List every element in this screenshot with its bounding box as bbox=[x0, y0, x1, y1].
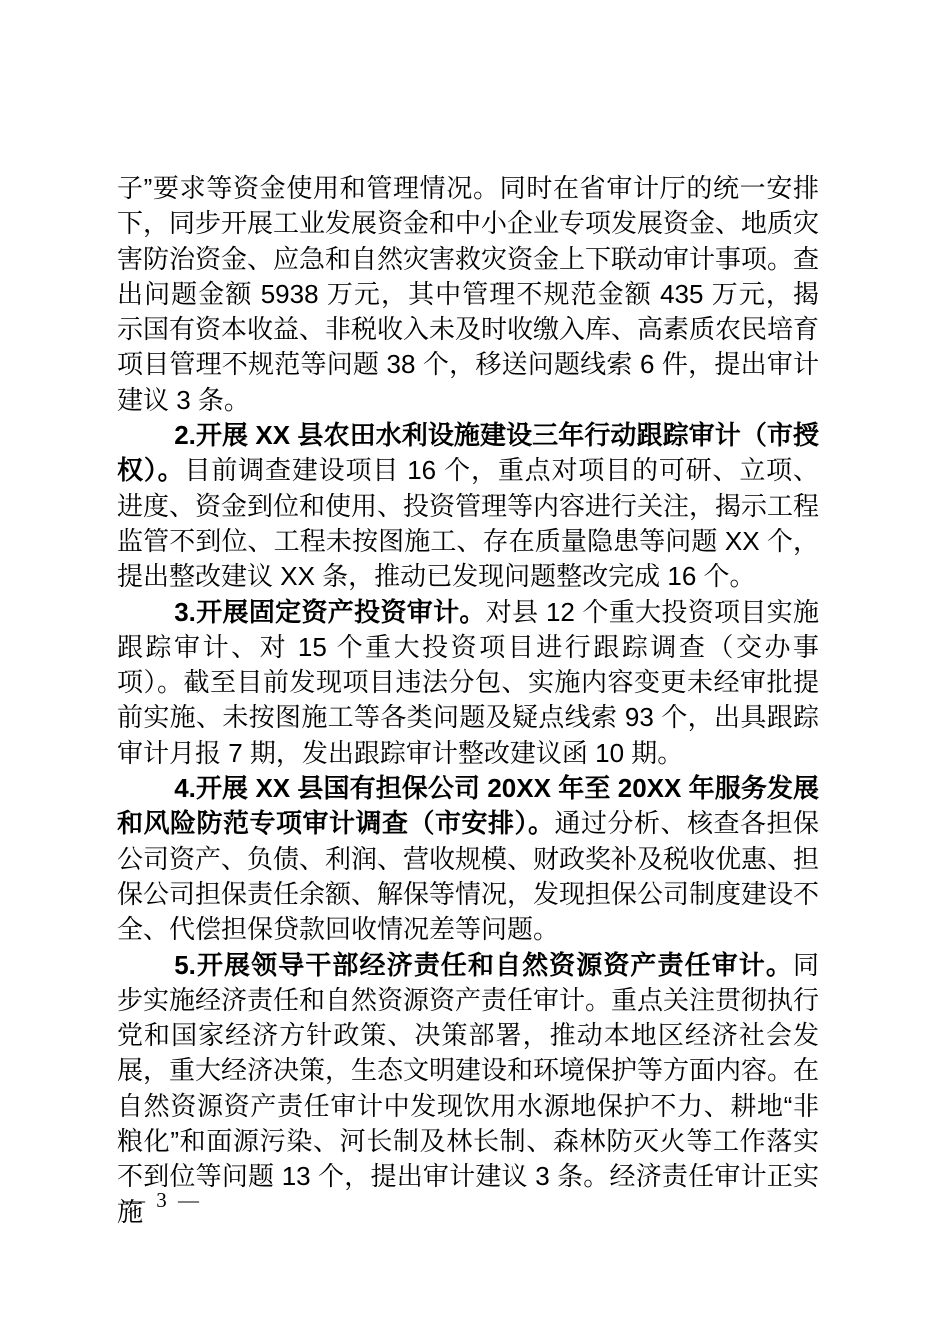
paragraph: 子”要求等资金使用和管理情况。同时在省审计厅的统一安排下，同步开展工业发展资金和… bbox=[117, 171, 819, 418]
paragraph: 2.开展 XX 县农田水利设施建设三年行动跟踪审计（市授权）。目前调查建设项目 … bbox=[117, 418, 819, 594]
paragraph-text-run: 子”要求等资金使用和管理情况。同时在省审计厅的统一安排下，同步开展工业发展资金和… bbox=[117, 173, 819, 415]
paragraph-text-run: 目前调查建设项目 16 个，重点对项目的可研、立项、进度、资金到位和使用、投资管… bbox=[117, 455, 819, 591]
paragraph: 4.开展 XX 县国有担保公司 20XX 年至 20XX 年服务发展和风险防范专… bbox=[117, 771, 819, 947]
paragraph-heading-run: 5.开展领导干部经济责任和自然资源资产责任审计。 bbox=[174, 950, 793, 980]
document-body: 子”要求等资金使用和管理情况。同时在省审计厅的统一安排下，同步开展工业发展资金和… bbox=[117, 171, 819, 1230]
paragraph-heading-run: 3.开展固定资产投资审计。 bbox=[174, 597, 486, 627]
paragraph: 3.开展固定资产投资审计。对县 12 个重大投资项目实施跟踪审计、对 15 个重… bbox=[117, 595, 819, 771]
paragraph: 5.开展领导干部经济责任和自然资源资产责任审计。同步实施经济责任和自然资源资产责… bbox=[117, 948, 819, 1230]
page-number: — 3 — bbox=[124, 1188, 202, 1213]
paragraph-text-run: 同步实施经济责任和自然资源资产责任审计。重点关注贯彻执行党和国家经济方针政策、决… bbox=[117, 950, 819, 1227]
document-page: 子”要求等资金使用和管理情况。同时在省审计厅的统一安排下，同步开展工业发展资金和… bbox=[0, 0, 950, 1344]
